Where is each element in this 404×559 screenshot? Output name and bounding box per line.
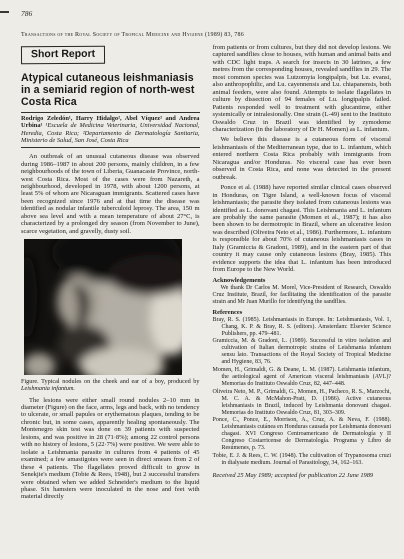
author-affiliations: ¹Escuela de Medicina Veterinaria, Univer… (21, 122, 200, 144)
columns: Short Report Atypical cutaneous leishman… (21, 44, 391, 555)
article-title: Atypical cutaneous leishmaniasis in a se… (21, 72, 200, 108)
references-section: References Bray, R. S. (1985). Leishmani… (213, 309, 392, 467)
figure-photo (24, 239, 182, 375)
figure-caption: Figure. Typical nodules on the cheek and… (21, 378, 200, 392)
reference-item: Tobie, E. J. & Rees, C. W. (1948). The c… (213, 453, 392, 467)
paragraph-lesions: The lesions were either small round nodu… (21, 397, 200, 501)
author-block: Rodrigo Zeledón¹, Harry Hidalgo², Abel V… (21, 112, 200, 148)
paragraph-discussion: Ponce et al. (1988) have reported simila… (213, 184, 392, 273)
right-column: from patients or from cultures, but they… (213, 44, 392, 555)
left-column: Short Report Atypical cutaneous leishman… (21, 44, 200, 555)
reference-item: Gramiccia, M. & Gradoni, L. (1989). Succ… (213, 338, 392, 366)
references-heading: References (213, 309, 392, 316)
reference-item: Bray, R. S. (1985). Leishmaniasis in Eur… (213, 317, 392, 338)
reference-item: Ponce, C., Ponce, E., Morrison, A., Cruz… (213, 417, 392, 452)
reference-item: Oliveira Neto, M. P., Grimaldi, G., Mome… (213, 389, 392, 417)
page: 786 Transactions of the Royal Society of… (0, 0, 404, 559)
figure-caption-text: Figure. Typical nodules on the cheek and… (21, 378, 200, 385)
paragraph-sandflies: from patients or from cultures, but they… (213, 44, 392, 133)
acknowledgements-heading: Acknowledgements (213, 277, 392, 284)
scan-artifact (0, 11, 9, 13)
figure-photo-image (24, 239, 182, 375)
journal-header: Transactions of the Royal Society of Tro… (21, 32, 392, 38)
paragraph-conclusion: We believe this disease is a cutaneous f… (213, 136, 392, 181)
acknowledgements-section: Acknowledgements We thank Dr Carlos M. M… (213, 277, 392, 306)
reference-item: Momen, H., Grimaldi, G. & Deane, L. M. (… (213, 367, 392, 388)
short-report-box: Short Report (21, 46, 105, 65)
figure-caption-species: Leishmania infantum. (21, 385, 75, 392)
short-report-label: Short Report (31, 48, 95, 60)
page-number: 786 (21, 9, 32, 18)
received-line: Received 25 May 1989; accepted for publi… (213, 472, 392, 479)
acknowledgements-text: We thank Dr Carlos M. Morel, Vice-Presid… (213, 285, 392, 306)
paragraph-outbreak: An outbreak of an unusual cutaneous dise… (21, 153, 200, 235)
